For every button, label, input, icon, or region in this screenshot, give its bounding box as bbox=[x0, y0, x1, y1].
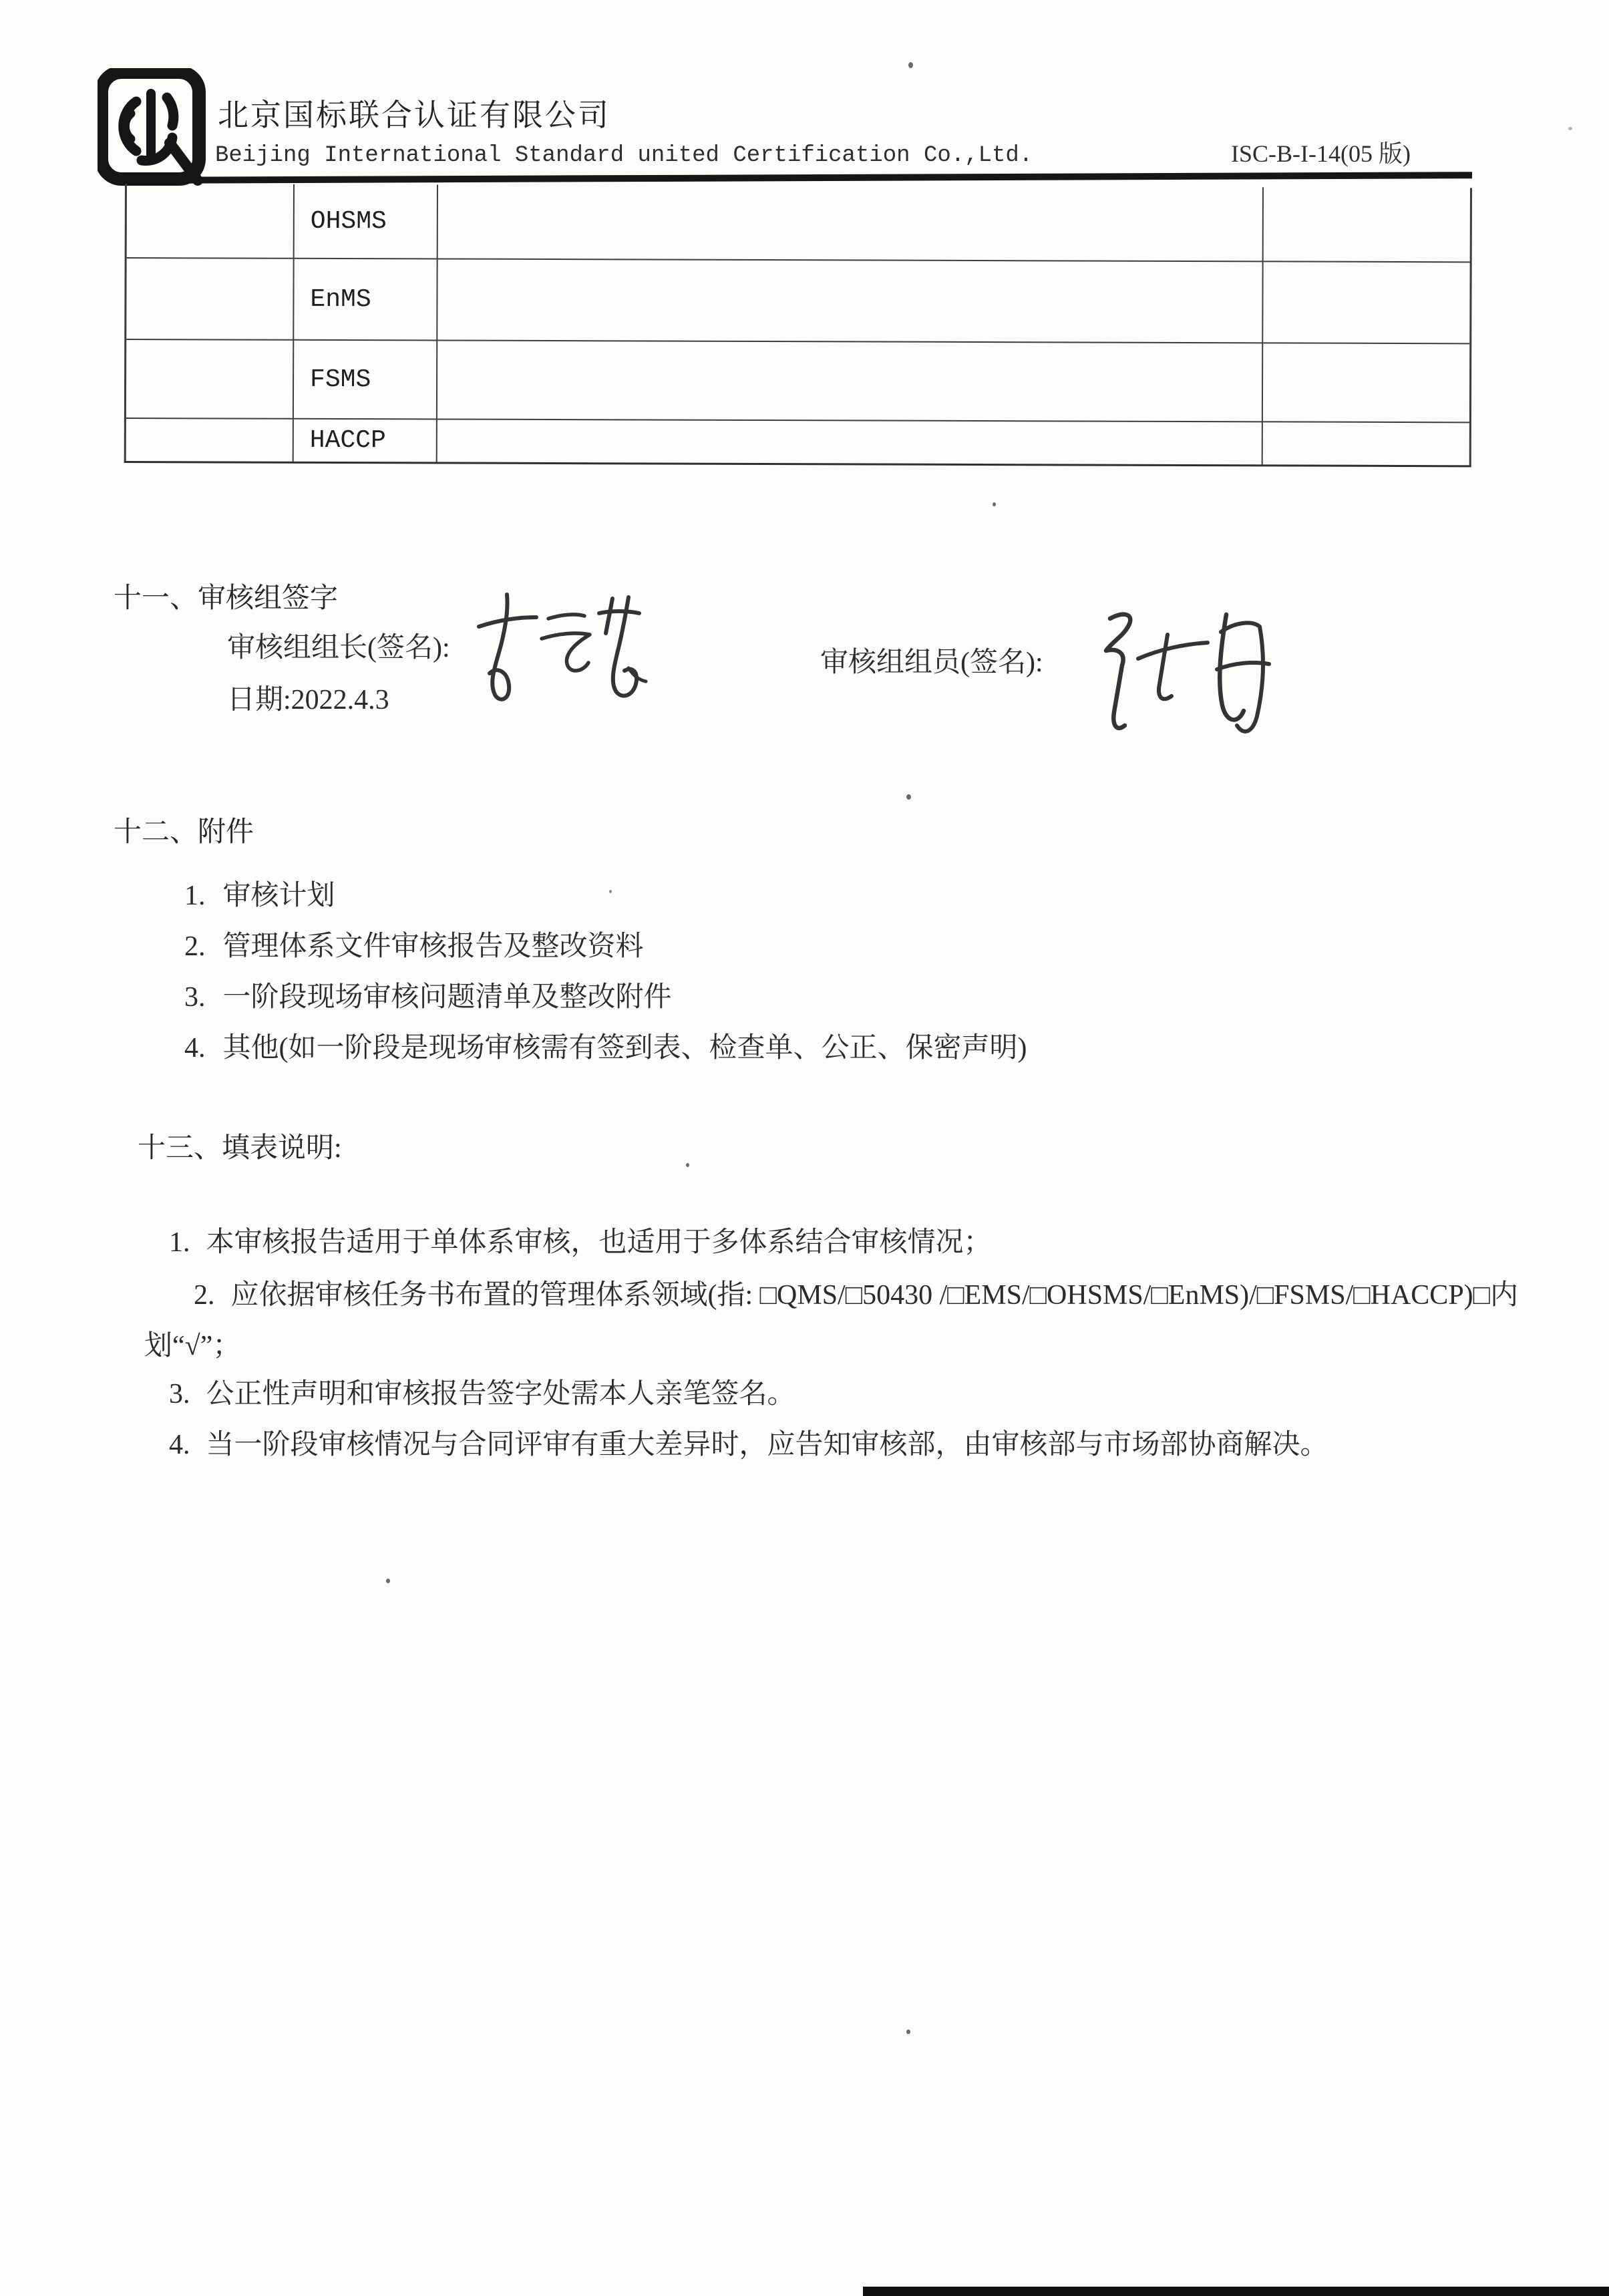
scan-speck bbox=[908, 62, 913, 68]
company-name-en: Beijing International Standard united Ce… bbox=[215, 143, 1033, 168]
table-cell-empty bbox=[126, 340, 294, 420]
scan-speck bbox=[686, 1163, 689, 1167]
table-cell-empty bbox=[127, 184, 295, 259]
management-system-table: OHSMS EnMS FSMS HACCP bbox=[124, 184, 1472, 467]
attachment-item: 3.一阶段现场审核问题清单及整改附件 bbox=[184, 975, 672, 1015]
item-text: 其他(如一阶段是现场审核需有签到表、检查单、公正、保密声明) bbox=[223, 1033, 1027, 1063]
table-cell-empty bbox=[126, 419, 294, 462]
instruction-item: 4.当一阶段审核情况与合同评审有重大差异时，应告知审核部，由审核部与市场部协商解… bbox=[169, 1422, 1328, 1462]
table-cell-empty bbox=[438, 184, 1264, 262]
item-text: 当一阶段审核情况与合同评审有重大差异时，应告知审核部，由审核部与市场部协商解决。 bbox=[206, 1430, 1328, 1460]
item-number: 3. bbox=[184, 981, 206, 1013]
scan-speck bbox=[609, 890, 612, 893]
scan-speck bbox=[906, 794, 911, 800]
leader-signature: 李云花 bbox=[471, 589, 648, 706]
table-cell-empty bbox=[1264, 187, 1470, 263]
system-label: FSMS bbox=[294, 365, 371, 393]
item-text: 应依据审核任务书布置的管理体系领域(指: □QMS/□50430 /□EMS/□… bbox=[144, 1280, 1518, 1361]
scan-speck bbox=[1568, 127, 1572, 130]
doc-code: ISC-B-I-14(05 版) bbox=[1231, 135, 1411, 169]
member-signature: 陈丹 bbox=[1089, 600, 1279, 747]
instruction-item: 2.应依据审核任务书布置的管理体系领域(指: □QMS/□50430 /□EMS… bbox=[144, 1270, 1557, 1371]
company-logo-icon bbox=[98, 68, 208, 191]
table-cell-empty bbox=[437, 420, 1263, 464]
header-rule bbox=[125, 172, 1472, 184]
scan-edge-artifact bbox=[863, 2287, 1609, 2296]
item-text: 管理体系文件审核报告及整改资料 bbox=[223, 931, 644, 962]
table-cell-empty bbox=[1263, 422, 1469, 465]
item-number: 3. bbox=[169, 1378, 190, 1410]
scan-speck bbox=[993, 502, 996, 506]
system-label: EnMS bbox=[294, 285, 371, 313]
leader-sign-date: 日期:2022.4.3 bbox=[227, 677, 389, 717]
table-cell-empty bbox=[437, 341, 1263, 422]
section12-title: 十二、附件 bbox=[114, 810, 254, 850]
system-label-cell: HACCP bbox=[294, 420, 437, 462]
table-cell-empty bbox=[1263, 262, 1469, 344]
attachment-item: 1.审核计划 bbox=[184, 873, 335, 913]
item-number: 1. bbox=[169, 1226, 190, 1259]
table-cell-empty bbox=[1263, 343, 1469, 423]
attachment-item: 2.管理体系文件审核报告及整改资料 bbox=[184, 924, 644, 964]
scanned-document-page: 北京国标联合认证有限公司 Beijing International Stand… bbox=[0, 0, 1609, 2296]
item-number: 4. bbox=[169, 1429, 190, 1461]
scan-speck bbox=[386, 1579, 390, 1583]
item-number: 2. bbox=[169, 1270, 215, 1321]
instruction-item: 3.公正性声明和审核报告签字处需本人亲笔签名。 bbox=[169, 1371, 795, 1412]
item-number: 1. bbox=[184, 880, 206, 912]
system-label: OHSMS bbox=[295, 206, 387, 235]
item-text: 一阶段现场审核问题清单及整改附件 bbox=[223, 982, 672, 1013]
system-label-cell: EnMS bbox=[294, 259, 437, 341]
instruction-item: 1.本审核报告适用于单体系审核，也适用于多体系结合审核情况； bbox=[169, 1220, 992, 1260]
attachment-item: 4.其他(如一阶段是现场审核需有签到表、检查单、公正、保密声明) bbox=[184, 1025, 1027, 1065]
system-label-cell: FSMS bbox=[294, 341, 437, 420]
system-label: HACCP bbox=[294, 426, 386, 455]
table-cell-empty bbox=[437, 259, 1263, 343]
item-text: 本审核报告适用于单体系审核，也适用于多体系结合审核情况； bbox=[206, 1227, 992, 1258]
item-text: 公正性声明和审核报告签字处需本人亲笔签名。 bbox=[206, 1379, 795, 1410]
section13-title: 十三、填表说明: bbox=[138, 1126, 342, 1166]
member-signature-label: 审核组组员(签名): bbox=[820, 640, 1043, 680]
item-number: 4. bbox=[184, 1032, 206, 1064]
scan-speck bbox=[906, 2029, 910, 2034]
system-label-cell: OHSMS bbox=[295, 184, 438, 260]
item-text: 审核计划 bbox=[223, 880, 335, 911]
table-cell-empty bbox=[126, 259, 294, 341]
item-number: 2. bbox=[184, 931, 206, 963]
leader-signature-label: 审核组组长(签名): bbox=[227, 625, 450, 665]
company-name-cn: 北京国标联合认证有限公司 bbox=[218, 91, 610, 135]
section11-title: 十一、审核组签字 bbox=[114, 576, 338, 616]
